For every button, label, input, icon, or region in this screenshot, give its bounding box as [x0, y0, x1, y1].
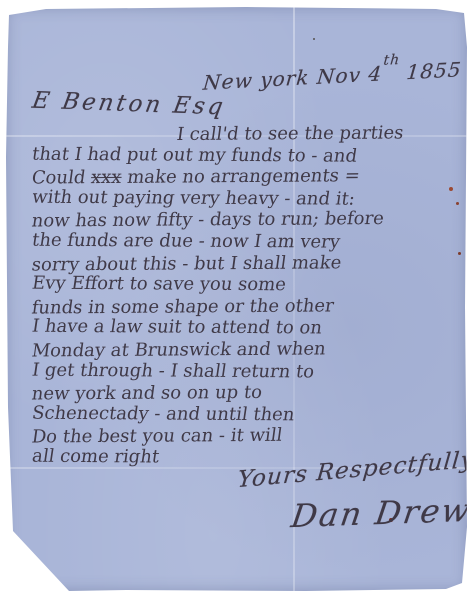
body-line: I have a law suit to attend to on: [31, 316, 464, 340]
body-line: the funds are due - now I am very: [31, 230, 464, 254]
body-line: Monday at Brunswick and when: [30, 337, 463, 362]
strike-line-before: Could: [30, 167, 92, 188]
body-line: now has now fifty - days to run; before: [30, 208, 463, 233]
body-line-with-strikethrough: Could xxx make no arrangements =: [30, 165, 463, 190]
dateline-year: 1855 -: [398, 57, 473, 85]
strikethrough-word: xxx: [90, 167, 123, 188]
letter-paper: New york Nov 4th 1855 - E Benton Esq I c…: [6, 7, 467, 591]
letter-photo: New york Nov 4th 1855 - E Benton Esq I c…: [0, 0, 473, 599]
body-line: I get through - I shall return to: [31, 359, 464, 383]
body-line: Do the best you can - it will: [30, 424, 463, 449]
body-line: I call'd to see the parties: [175, 122, 463, 146]
dateline: New york Nov 4th 1855 -: [202, 56, 473, 95]
body-line: sorry about this - but I shall make: [30, 251, 463, 276]
strike-line-after: make no arrangements =: [120, 165, 361, 188]
body-line: Evy Effort to save you some: [31, 273, 464, 297]
salutation: E Benton Esq: [30, 88, 227, 121]
dateline-ordinal-superscript: th: [383, 52, 401, 69]
ink-spot: [313, 38, 315, 40]
signature: Dan Drew: [289, 491, 473, 535]
body-line: that I had put out my funds to - and: [31, 143, 464, 167]
letter-body: I call'd to see the parties that I had p…: [32, 123, 462, 469]
body-line: new york and so on up to: [30, 381, 463, 406]
dateline-place-date: New york Nov 4: [202, 61, 383, 94]
